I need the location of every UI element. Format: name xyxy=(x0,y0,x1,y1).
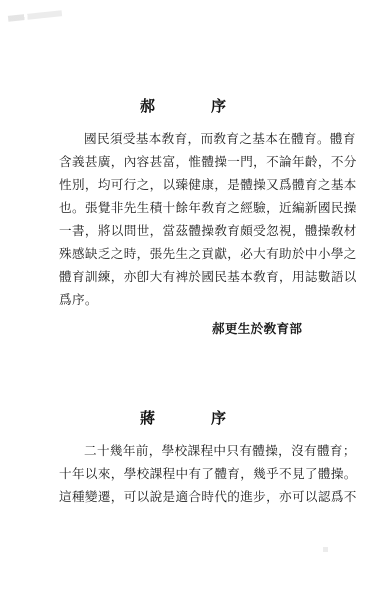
paragraph-line: 含義甚廣，內容甚富，惟體操一門，不論年齡，不分 xyxy=(59,152,339,172)
preface-jiang-title-left: 蔣 xyxy=(140,407,155,428)
preface-jiang-title-right: 序 xyxy=(211,407,226,428)
preface-hao-title-left: 郝 xyxy=(140,95,155,116)
scan-watermark xyxy=(8,10,62,22)
scan-speck xyxy=(323,547,328,552)
paragraph-line: 體育訓練，亦卽大有裨於國民基本敎育，用誌數語以 xyxy=(59,267,339,287)
paragraph-line: 性別，均可行之，以臻健康，是體操又爲體育之基本 xyxy=(59,175,339,195)
paragraph-line: 爲序。 xyxy=(59,290,339,310)
paragraph-line: 一書，將以問世，當茲體操敎育頗受忽視，體操敎材 xyxy=(59,221,339,241)
preface-hao-signature: 郝更生於敎育部 xyxy=(212,318,302,337)
paragraph-line: 殊感缺乏之時，張先生之貢獻，必大有助於中小學之 xyxy=(59,244,339,264)
paragraph-line: 國民須受基本敎育，而敎育之基本在體育。體育 xyxy=(84,129,339,149)
paragraph-line: 二十幾年前，學校課程中只有體操，沒有體育； xyxy=(84,441,339,461)
paragraph-line: 十年以來，學校課程中有了體育，幾乎不見了體操。 xyxy=(59,464,339,484)
paragraph-line: 這種變遷，可以說是適合時代的進步，亦可以認爲不 xyxy=(59,487,339,507)
preface-hao-title-right: 序 xyxy=(211,95,226,116)
paragraph-line: 也。張覺非先生積十餘年敎育之經驗，近編新國民操 xyxy=(59,198,339,218)
